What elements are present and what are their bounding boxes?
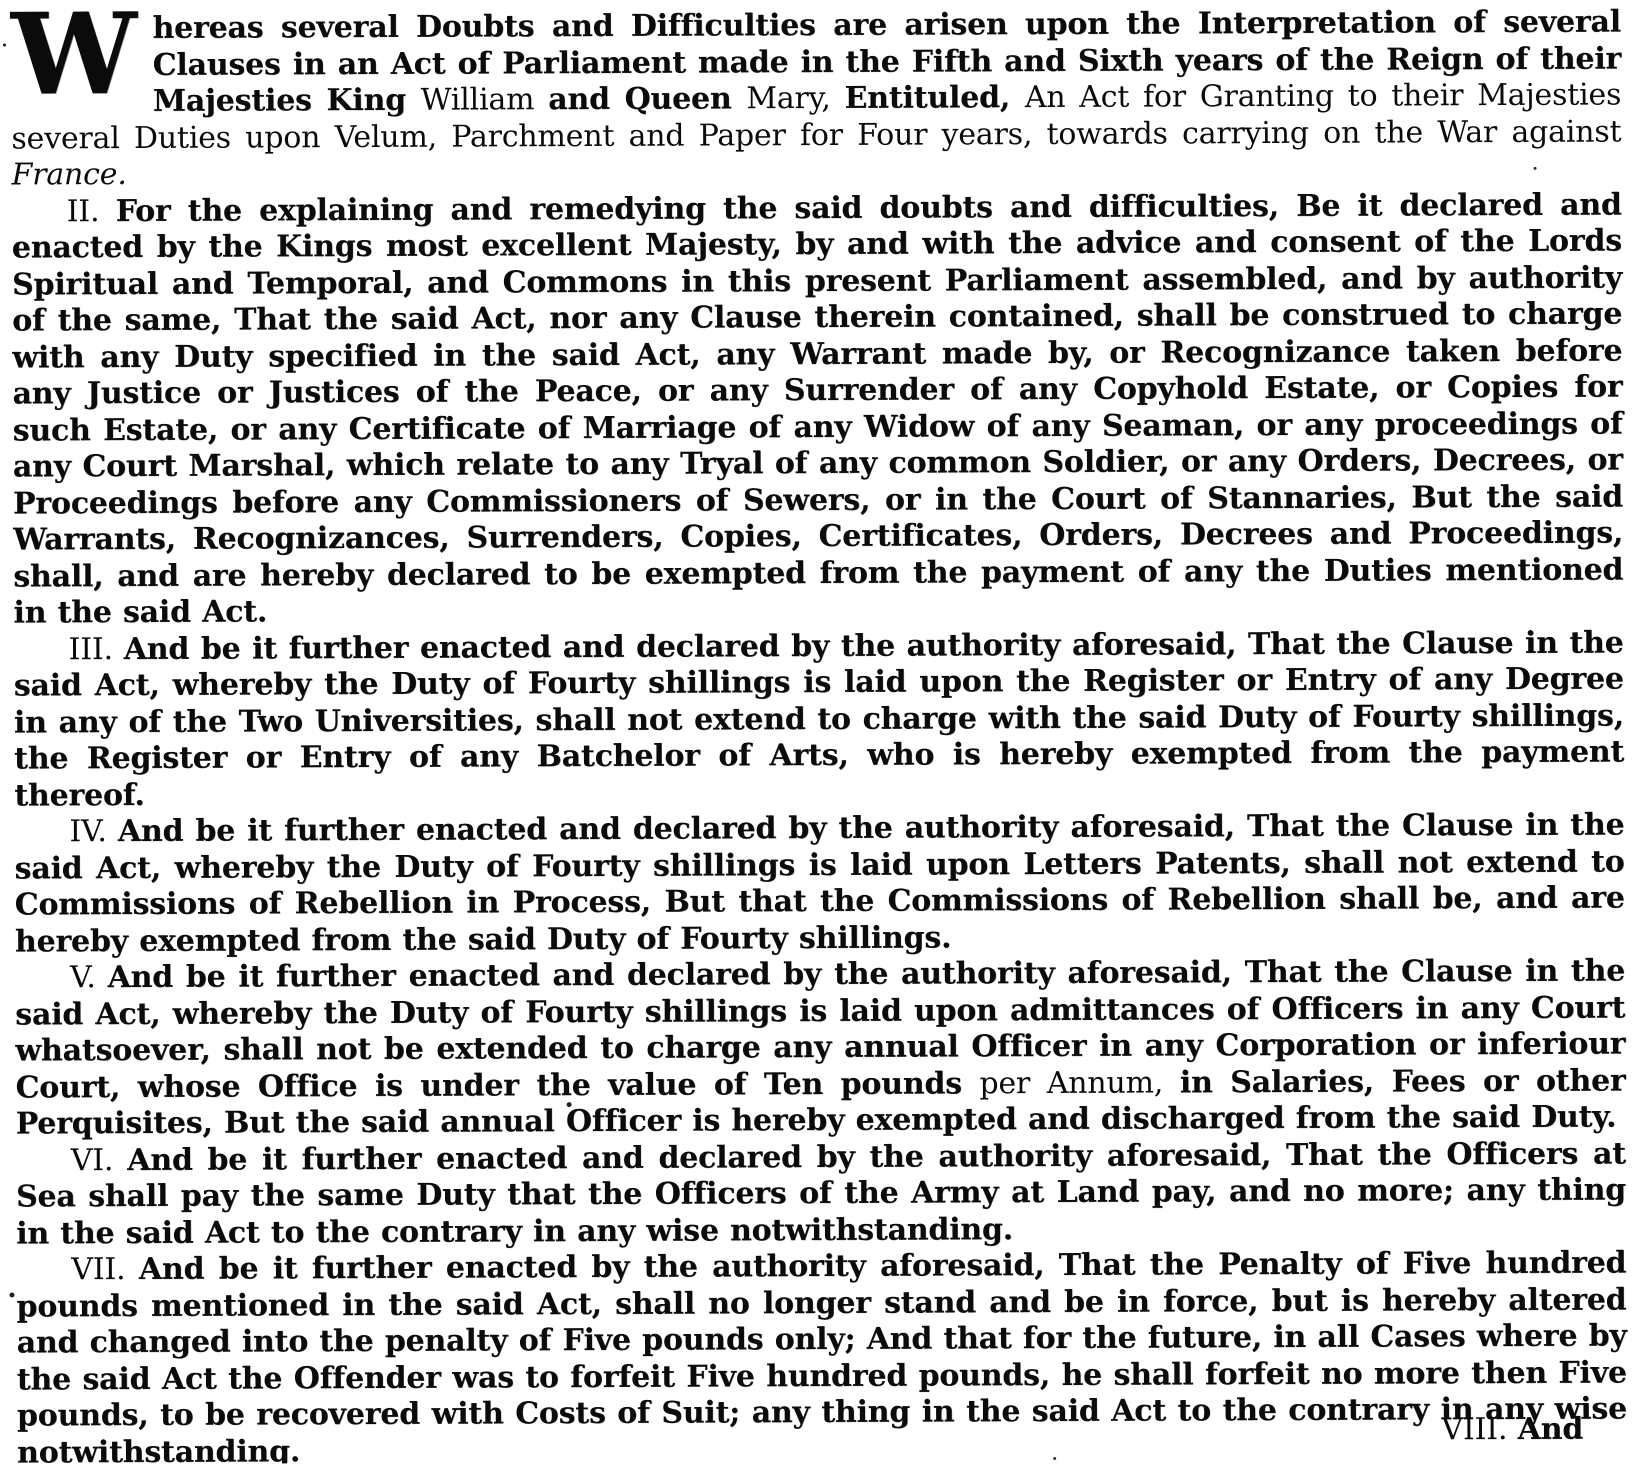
text-segment: William [421,82,549,118]
section-ii: II. For the explaining and remedying the… [12,187,1624,632]
section-iv: IV. And be it further enacted and declar… [14,807,1625,960]
text-segment: And be it further enacted and declared b… [15,807,1625,959]
text-segment: IV. [69,814,118,849]
text-segment: For the explaining and remedying the sai… [12,187,1624,631]
section-vi: VI. And be it further enacted and declar… [16,1136,1626,1253]
text-segment: And be it further enacted by the authori… [16,1245,1627,1464]
section-vii: VII. And be it further enacted by the au… [16,1245,1627,1464]
text-segment: II. [67,194,116,229]
catchword-word: And [1518,1412,1584,1447]
section-v: V. And be it further enacted and declare… [15,953,1626,1143]
text-segment: France. [11,157,126,193]
document-page: Whereas several Doubts and Difficulties … [0,0,1636,1465]
text-segment: And be it further enacted and declared b… [16,1136,1626,1251]
text-segment: III. [69,632,124,667]
text-segment: Mary, [746,81,844,116]
text-segment: And be it further enacted and declared b… [14,625,1624,813]
catchword-numeral: VIII. [1441,1412,1517,1447]
section-iii: III. And be it further enacted and decla… [14,625,1625,815]
text-segment: and Queen [548,81,746,117]
ink-speck-decoration [3,44,6,47]
catchword: VIII. And [1441,1412,1583,1449]
preamble: Whereas several Doubts and Difficulties … [11,4,1622,194]
drop-cap: W [11,11,153,92]
text-segment: VI. [71,1143,127,1178]
text-segment: Entituled, [844,80,1024,116]
text-segment: per Annum, [979,1065,1180,1101]
text-segment: V. [70,960,108,995]
text-segment: VII. [71,1252,139,1287]
